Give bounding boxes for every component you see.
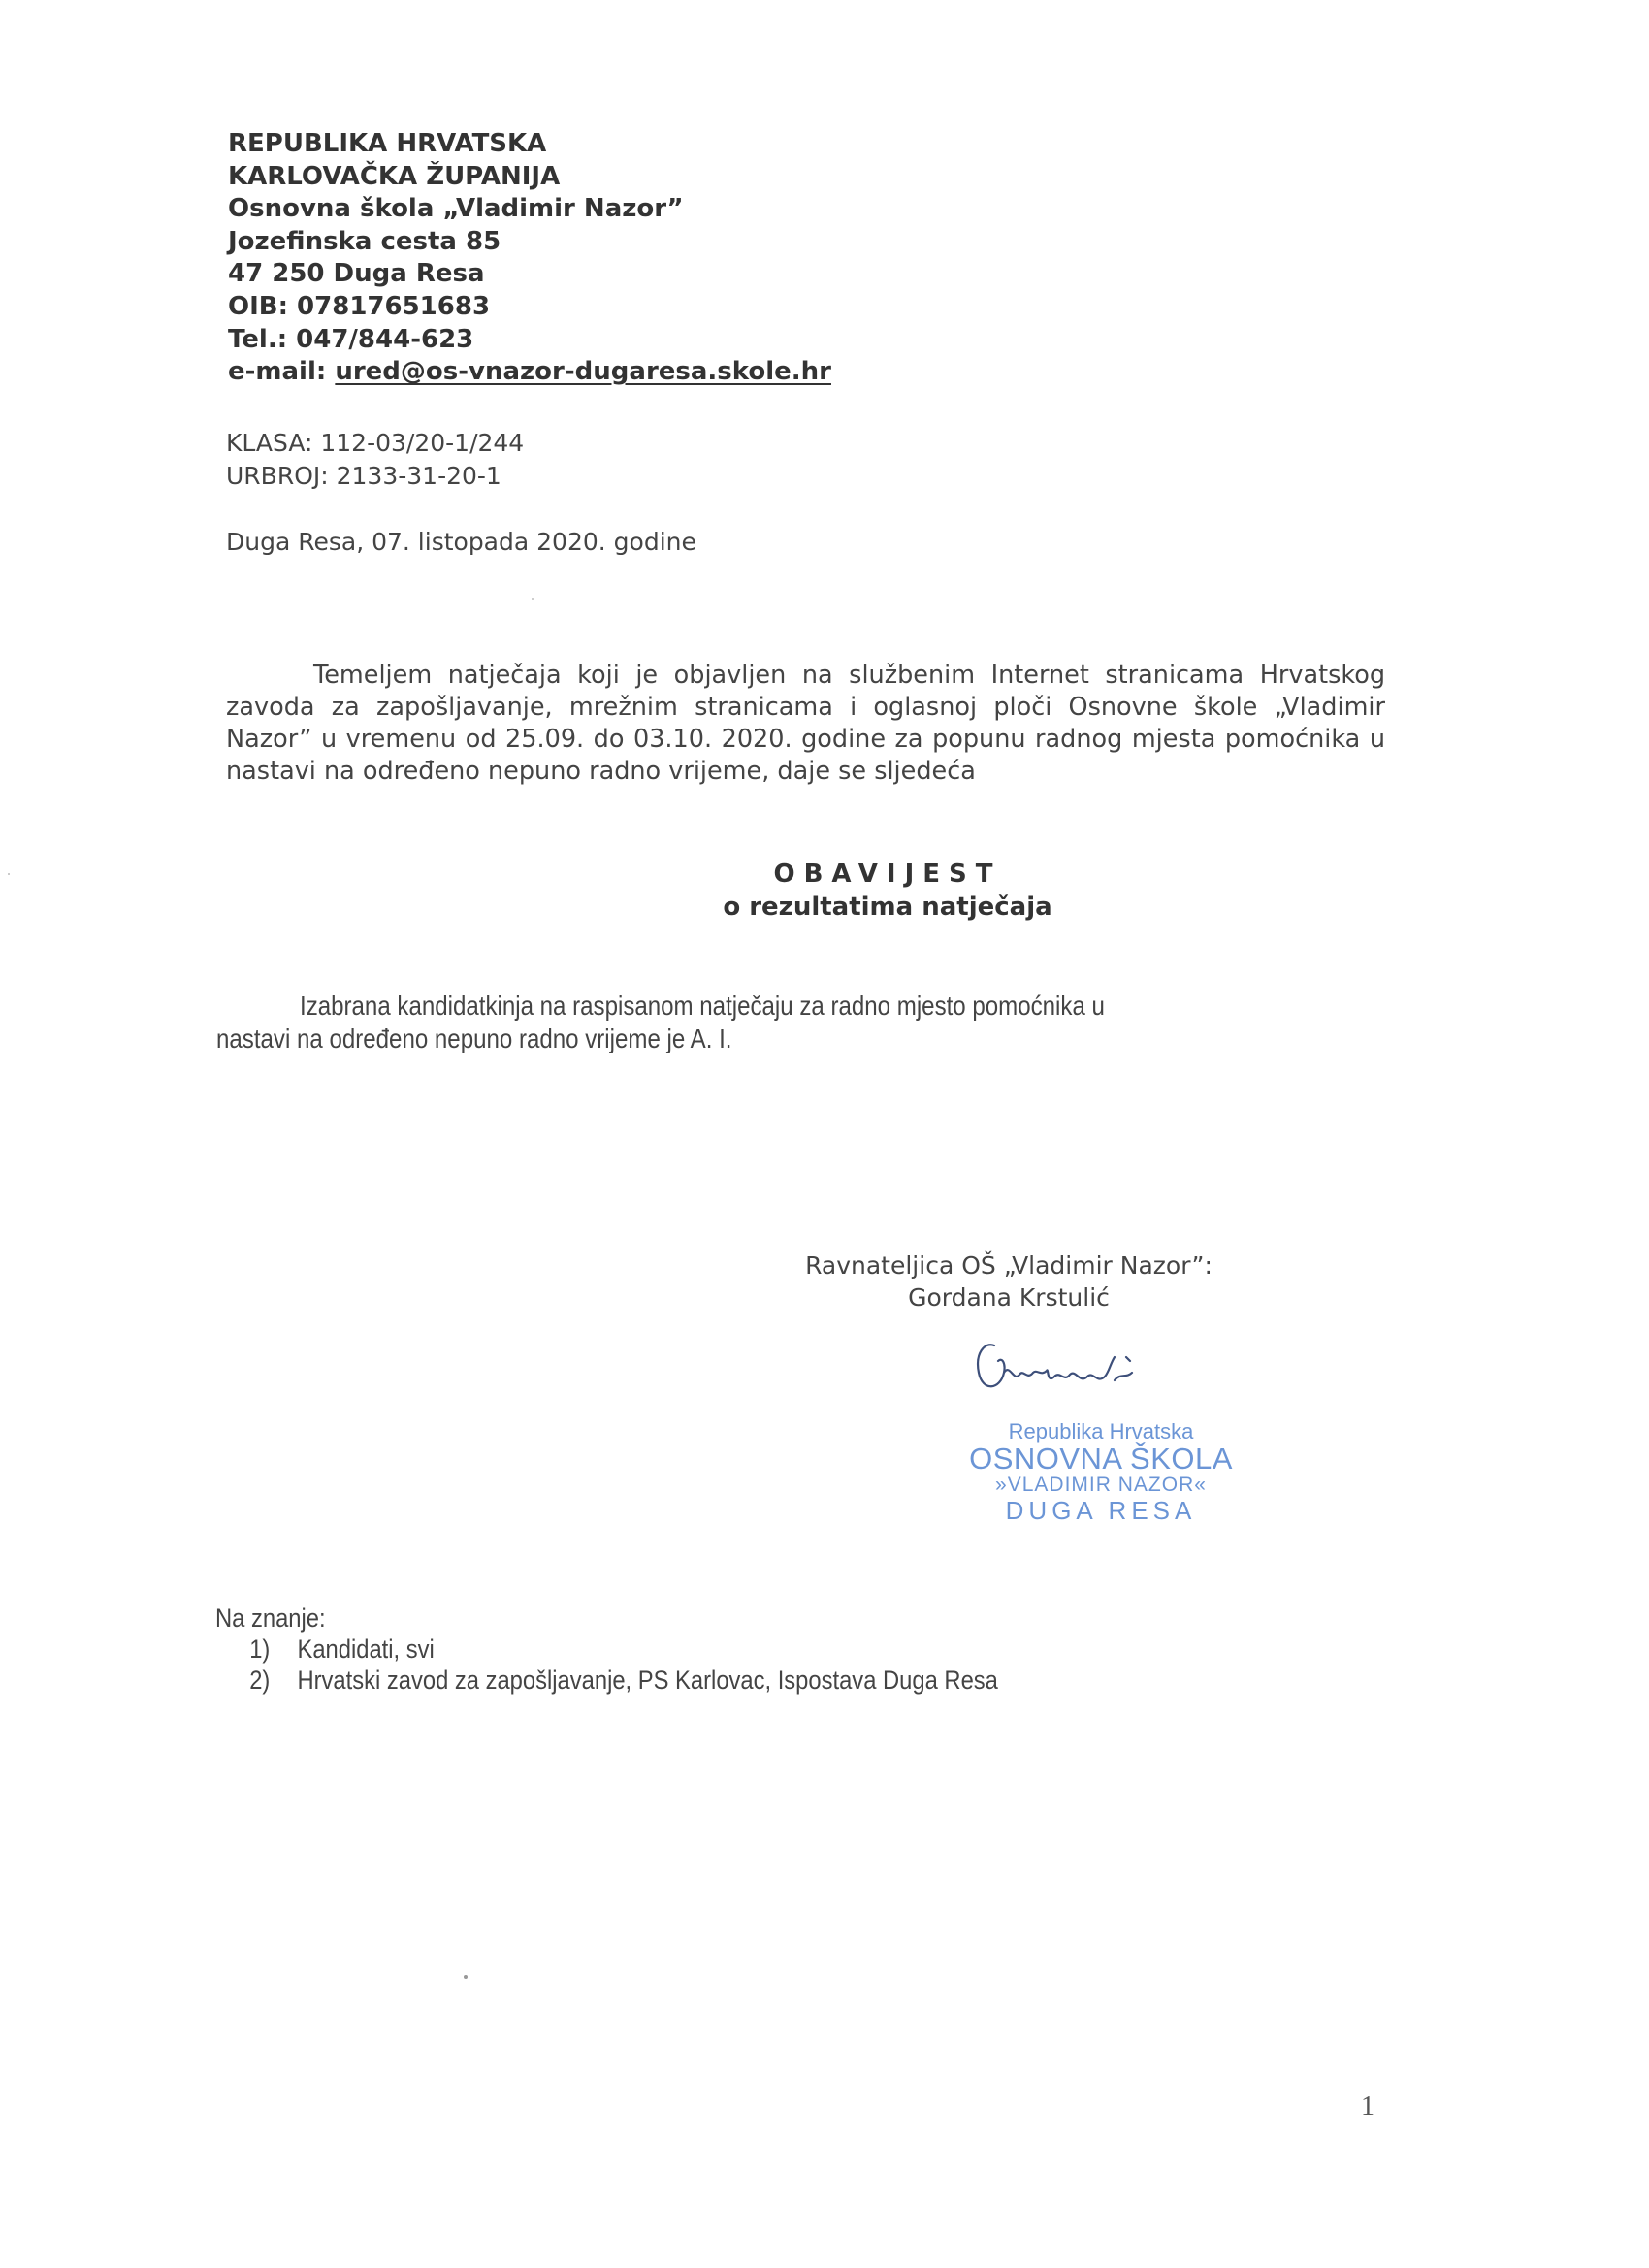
notice-title: OBAVIJEST o rezultatima natječaja	[0, 858, 1649, 923]
urbroj: URBROJ: 2133-31-20-1	[226, 460, 524, 493]
signature-block: Ravnateljica OŠ „Vladimir Nazor”: Gordan…	[776, 1249, 1242, 1313]
email-label: e-mail:	[228, 357, 335, 386]
notice-title-main: OBAVIJEST	[126, 858, 1649, 891]
letterhead-tel: Tel.: 047/844-623	[228, 324, 831, 357]
intro-paragraph: Temeljem natječaja koji je objavljen na …	[226, 660, 1385, 788]
reference-block: KLASA: 112-03/20-1/244 URBROJ: 2133-31-2…	[226, 427, 524, 493]
stamp-line-2: OSNOVNA ŠKOLA	[941, 1444, 1261, 1474]
signatory-role: Ravnateljica OŠ „Vladimir Nazor”:	[776, 1249, 1242, 1281]
scan-speck	[8, 873, 10, 875]
scan-speck	[464, 1975, 468, 1979]
letterhead-country: REPUBLIKA HRVATSKA	[228, 128, 831, 161]
letterhead-oib: OIB: 07817651683	[228, 291, 831, 324]
letterhead-county: KARLOVAČKA ŽUPANIJA	[228, 161, 831, 194]
stamp-line-3: »VLADIMIR NAZOR«	[941, 1474, 1261, 1497]
distribution-heading: Na znanje:	[215, 1603, 998, 1634]
letterhead-school: Osnovna škola „Vladimir Nazor”	[228, 193, 831, 226]
distribution-item: 1)Kandidati, svi	[215, 1634, 998, 1665]
email-link[interactable]: ured@os-vnazor-dugaresa.skole.hr	[335, 357, 831, 386]
distribution-item: 2)Hrvatski zavod za zapošljavanje, PS Ka…	[215, 1665, 998, 1696]
letterhead-email-row: e-mail: ured@os-vnazor-dugaresa.skole.hr	[228, 356, 831, 389]
handwritten-signature-icon	[955, 1334, 1208, 1411]
notice-title-sub: o rezultatima natječaja	[126, 891, 1649, 923]
distribution-list: Na znanje: 1)Kandidati, svi 2)Hrvatski z…	[215, 1603, 998, 1696]
result-line-2: nastavi na određeno nepuno radno vrijeme…	[216, 1022, 1384, 1055]
official-stamp: Republika Hrvatska OSNOVNA ŠKOLA »VLADIM…	[941, 1419, 1261, 1524]
scan-speck	[532, 598, 533, 600]
letterhead-city: 47 250 Duga Resa	[228, 258, 831, 291]
document-date: Duga Resa, 07. listopada 2020. godine	[226, 528, 696, 556]
klasa: KLASA: 112-03/20-1/244	[226, 427, 524, 460]
letterhead-street: Jozefinska cesta 85	[228, 226, 831, 259]
page-number: 1	[1361, 2091, 1374, 2122]
result-line-1: Izabrana kandidatkinja na raspisanom nat…	[300, 990, 1105, 1021]
result-paragraph: Izabrana kandidatkinja na raspisanom nat…	[216, 989, 1384, 1055]
stamp-line-4: DUGA RESA	[941, 1497, 1261, 1524]
signatory-name: Gordana Krstulić	[776, 1281, 1242, 1313]
letterhead: REPUBLIKA HRVATSKA KARLOVAČKA ŽUPANIJA O…	[228, 128, 831, 389]
